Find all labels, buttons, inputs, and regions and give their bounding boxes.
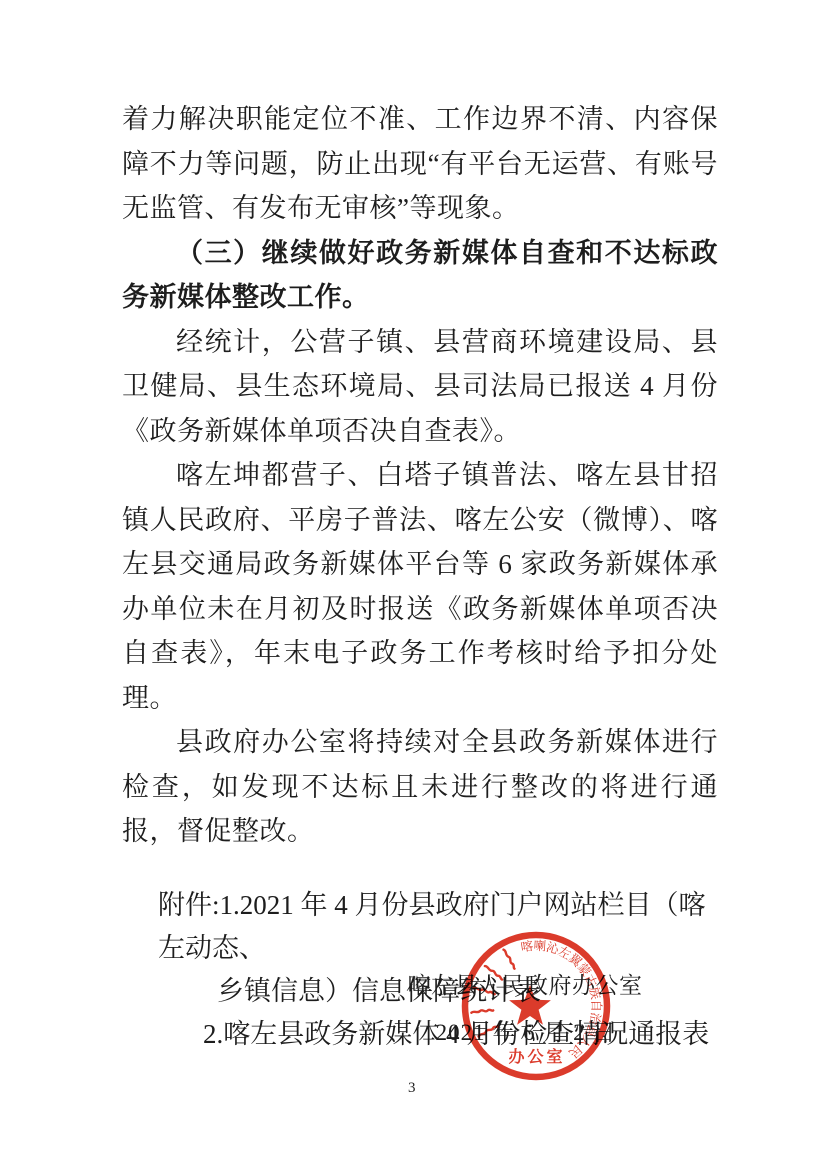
seal-bottom-text: 办公室 — [508, 1047, 565, 1066]
seal-star-icon — [509, 985, 551, 1025]
page-number: 3 — [408, 1080, 416, 1097]
paragraph-unreported-units: 喀左坤都营子、白塔子镇普法、喀左县甘招镇人民政府、平房子普法、喀左公安（微博）、… — [122, 453, 718, 720]
attachment-item-1-line-1: 附件:1.2021 年 4 月份县政府门户网站栏目（喀左动态、 — [158, 884, 718, 970]
attachment-list: 附件:1.2021 年 4 月份县政府门户网站栏目（喀左动态、 乡镇信息）信息保… — [122, 884, 718, 1056]
document-page: 着力解决职能定位不准、工作边界不清、内容保障不力等问题，防止出现“有平台无运营、… — [0, 0, 827, 1169]
official-seal: 喀喇沁左翼蒙古族自治县人民政府 办公室 — [456, 926, 616, 1086]
paragraph-statistics: 经统计，公营子镇、县营商环境建设局、县卫健局、县生态环境局、县司法局已报送 4 … — [122, 320, 718, 454]
paragraph-inspection-notice: 县政府办公室将持续对全县政务新媒体进行检查，如发现不达标且未进行整改的将进行通报… — [122, 720, 718, 854]
document-body: 着力解决职能定位不准、工作边界不清、内容保障不力等问题，防止出现“有平台无运营、… — [122, 97, 718, 1056]
section-heading: （三）继续做好政务新媒体自查和不达标政务新媒体整改工作。 — [122, 231, 718, 320]
paragraph-continuation: 着力解决职能定位不准、工作边界不清、内容保障不力等问题，防止出现“有平台无运营、… — [122, 97, 718, 231]
